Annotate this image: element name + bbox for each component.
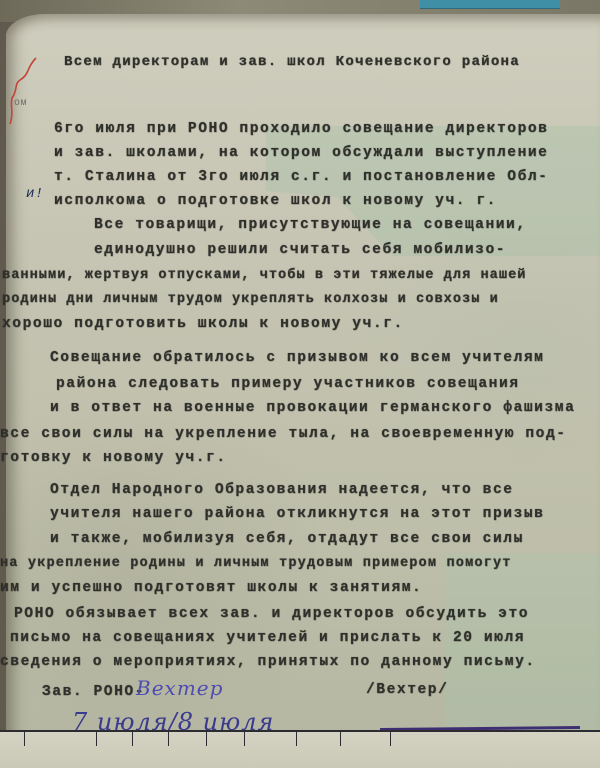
text-line: им и успешно подготовят школы к занятиям… [0, 580, 422, 596]
text-line: единодушно решили считать себя мобилизо- [94, 242, 506, 258]
document-heading: Всем директорам и зав. школ Коченевского… [64, 54, 520, 70]
handwritten-margin-mark: и! [26, 186, 44, 202]
text-line: исполкома о подготовке школ к новому уч.… [54, 193, 497, 209]
text-line: на укрепление родины и личным трудовым п… [0, 556, 512, 571]
text-line: учителя нашего района откликнутся на это… [50, 506, 544, 522]
typed-signatory-name: /Вехтер/ [366, 682, 448, 698]
text-line: Все товарищи, присутствующие на совещани… [94, 217, 527, 233]
text-line: хорошо подготовить школы к новому уч.г. [2, 316, 404, 332]
text-line: и зав. школами, на котором обсуждали выс… [54, 145, 548, 161]
handwritten-signature: Вехтер [136, 676, 223, 700]
text-line: РОНО обязывает всех зав. и директоров об… [14, 606, 529, 622]
text-line: все свои силы на укрепление тыла, на сво… [0, 426, 567, 442]
text-line: готовку к новому уч.г. [0, 450, 227, 466]
blue-folder-tab [420, 0, 560, 9]
margin-note: ом [14, 98, 27, 109]
text-line: Отдел Народного Образования надеется, чт… [50, 482, 514, 498]
text-line: родины дни личным трудом укреплять колхо… [2, 292, 499, 307]
red-pencil-mark-icon [8, 54, 38, 134]
text-line: 6го июля при РОНО проходило совещание ди… [54, 121, 548, 137]
text-line: ванными, жертвуя отпусками, чтобы в эти … [2, 268, 526, 283]
text-line: района следовать примеру участников сове… [56, 376, 520, 392]
text-line: Совещание обратилось с призывом ко всем … [50, 350, 544, 366]
text-line: письмо на совещаниях учителей и прислать… [10, 630, 525, 646]
text-line: и в ответ на военные провокации германск… [50, 400, 575, 416]
text-line: сведения о мероприятиях, принятых по дан… [0, 654, 536, 670]
document-page: ом и! Всем директорам и зав. школ Кочене… [6, 14, 600, 744]
signatory-title: Зав. РОНО- [42, 684, 145, 700]
text-line: и также, мобилизуя себя, отдадут все сво… [50, 531, 524, 547]
text-line: т. Сталина от 3го июля с.г. и постановле… [54, 169, 548, 185]
ruled-sheet-below [0, 730, 600, 768]
